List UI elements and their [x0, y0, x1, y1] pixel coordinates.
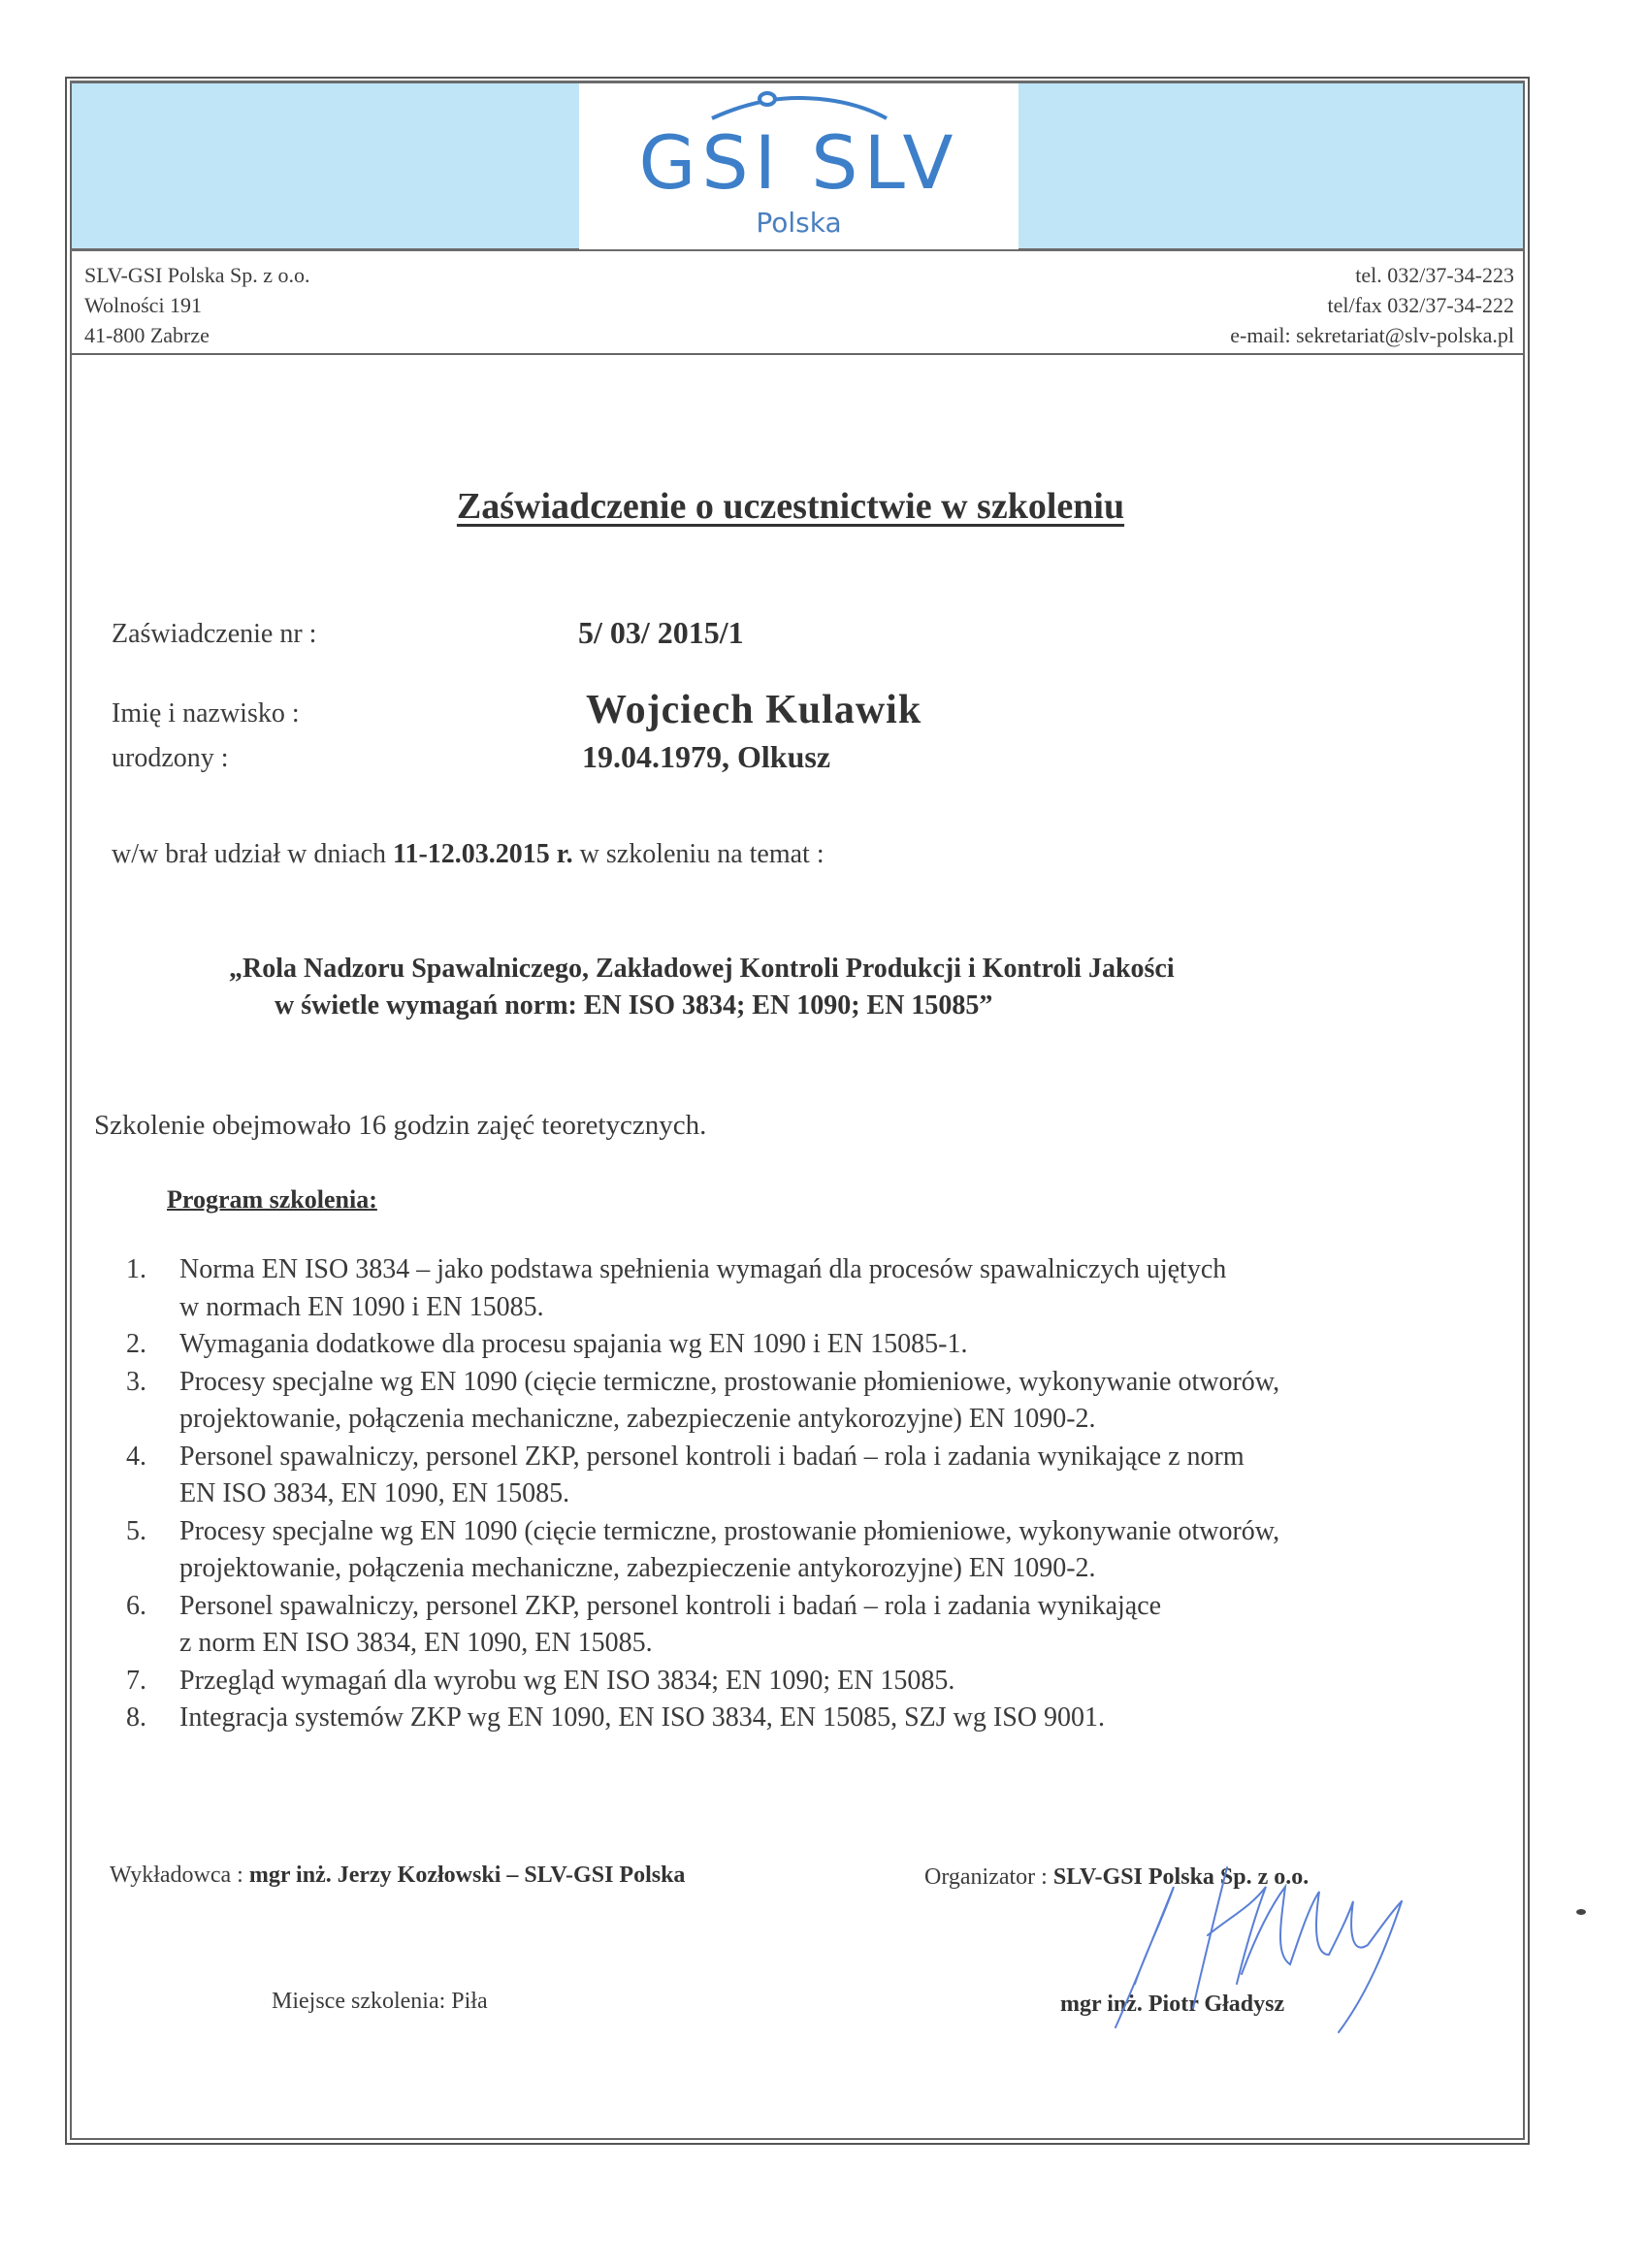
- signature-icon: [1096, 1848, 1416, 2042]
- company-name: SLV-GSI Polska Sp. z o.o.: [84, 260, 309, 290]
- training-dates: 11-12.03.2015 r.: [393, 839, 573, 869]
- program-item-text: Procesy specjalne wg EN 1090 (cięcie ter…: [179, 1513, 1523, 1551]
- program-item-text: Wymagania dodatkowe dla procesu spajania…: [179, 1326, 1523, 1364]
- training-location: Miejsce szkolenia: Piła: [272, 1989, 488, 2015]
- company-email: e-mail: sekretariat@slv-polska.pl: [1230, 320, 1514, 350]
- program-item-number: 1.: [126, 1251, 146, 1289]
- program-item-number: 7.: [126, 1663, 146, 1701]
- program-item: 4.Personel spawalniczy, personel ZKP, pe…: [126, 1439, 1523, 1513]
- header-divider: [72, 353, 1523, 355]
- program-item-text: Przegląd wymagań dla wyrobu wg EN ISO 38…: [179, 1663, 1523, 1701]
- program-item-number: 2.: [126, 1326, 146, 1364]
- program-item: 3.Procesy specjalne wg EN 1090 (cięcie t…: [126, 1364, 1523, 1439]
- program-item-text: Personel spawalniczy, personel ZKP, pers…: [179, 1588, 1523, 1626]
- program-item-continuation: z norm EN ISO 3834, EN 1090, EN 15085.: [179, 1625, 1523, 1663]
- birth-label: urodzony :: [112, 743, 229, 774]
- company-phone: tel. 032/37-34-223: [1230, 260, 1514, 290]
- company-city: 41-800 Zabrze: [84, 320, 309, 350]
- logo-wordmark: GSI SLV: [579, 124, 1018, 202]
- program-item-number: 4.: [126, 1439, 146, 1476]
- scan-speck: [1576, 1909, 1586, 1915]
- program-item-continuation: EN ISO 3834, EN 1090, EN 15085.: [179, 1475, 1523, 1513]
- program-item: 1.Norma EN ISO 3834 – jako podstawa speł…: [126, 1251, 1523, 1326]
- training-topic-line-2: w świetle wymagań norm: EN ISO 3834; EN …: [275, 990, 992, 1021]
- attendance-statement: w/w brał udział w dniach 11-12.03.2015 r…: [112, 839, 824, 870]
- program-item-continuation: w normach EN 1090 i EN 15085.: [179, 1289, 1523, 1327]
- program-item: 6.Personel spawalniczy, personel ZKP, pe…: [126, 1588, 1523, 1663]
- program-item-number: 8.: [126, 1700, 146, 1737]
- company-contact: tel. 032/37-34-223 tel/fax 032/37-34-222…: [1230, 260, 1514, 350]
- program-item-text: Norma EN ISO 3834 – jako podstawa spełni…: [179, 1251, 1523, 1289]
- program-item-text: Personel spawalniczy, personel ZKP, pers…: [179, 1439, 1523, 1476]
- program-item-continuation: projektowanie, połączenia mechaniczne, z…: [179, 1401, 1523, 1439]
- program-item: 8.Integracja systemów ZKP wg EN 1090, EN…: [126, 1700, 1523, 1737]
- training-topic-line-1: „Rola Nadzoru Spawalniczego, Zakładowej …: [229, 954, 1175, 985]
- program-item: 2.Wymagania dodatkowe dla procesu spajan…: [126, 1326, 1523, 1364]
- name-label: Imię i nazwisko :: [112, 698, 300, 729]
- company-logo: GSI SLV Polska: [579, 83, 1018, 249]
- program-heading: Program szkolenia:: [167, 1185, 377, 1215]
- program-item-text: Integracja systemów ZKP wg EN 1090, EN I…: [179, 1700, 1523, 1737]
- program-item-number: 6.: [126, 1588, 146, 1626]
- lecturer-line: Wykładowca : mgr inż. Jerzy Kozłowski – …: [110, 1863, 685, 1889]
- program-item: 7.Przegląd wymagań dla wyrobu wg EN ISO …: [126, 1663, 1523, 1701]
- lecturer-name: mgr inż. Jerzy Kozłowski – SLV-GSI Polsk…: [249, 1863, 686, 1888]
- birth-date-place: 19.04.1979, Olkusz: [582, 739, 830, 775]
- program-item-text: Procesy specjalne wg EN 1090 (cięcie ter…: [179, 1364, 1523, 1402]
- certificate-number-label: Zaświadczenie nr :: [112, 619, 316, 650]
- logo-subtitle: Polska: [579, 208, 1018, 239]
- certificate-number: 5/ 03/ 2015/1: [578, 615, 744, 651]
- training-hours-note: Szkolenie obejmowało 16 godzin zajęć teo…: [94, 1110, 706, 1142]
- company-street: Wolności 191: [84, 290, 309, 320]
- document-title: Zaświadczenie o uczestnictwie w szkoleni…: [0, 485, 1581, 528]
- company-address: SLV-GSI Polska Sp. z o.o. Wolności 191 4…: [84, 260, 309, 350]
- program-item-number: 5.: [126, 1513, 146, 1551]
- participant-name: Wojciech Kulawik: [586, 687, 921, 733]
- program-item-continuation: projektowanie, połączenia mechaniczne, z…: [179, 1550, 1523, 1588]
- program-list: 1.Norma EN ISO 3834 – jako podstawa speł…: [126, 1251, 1523, 1737]
- program-item: 5.Procesy specjalne wg EN 1090 (cięcie t…: [126, 1513, 1523, 1588]
- program-item-number: 3.: [126, 1364, 146, 1402]
- welding-arc-icon: [710, 89, 889, 122]
- company-fax: tel/fax 032/37-34-222: [1230, 290, 1514, 320]
